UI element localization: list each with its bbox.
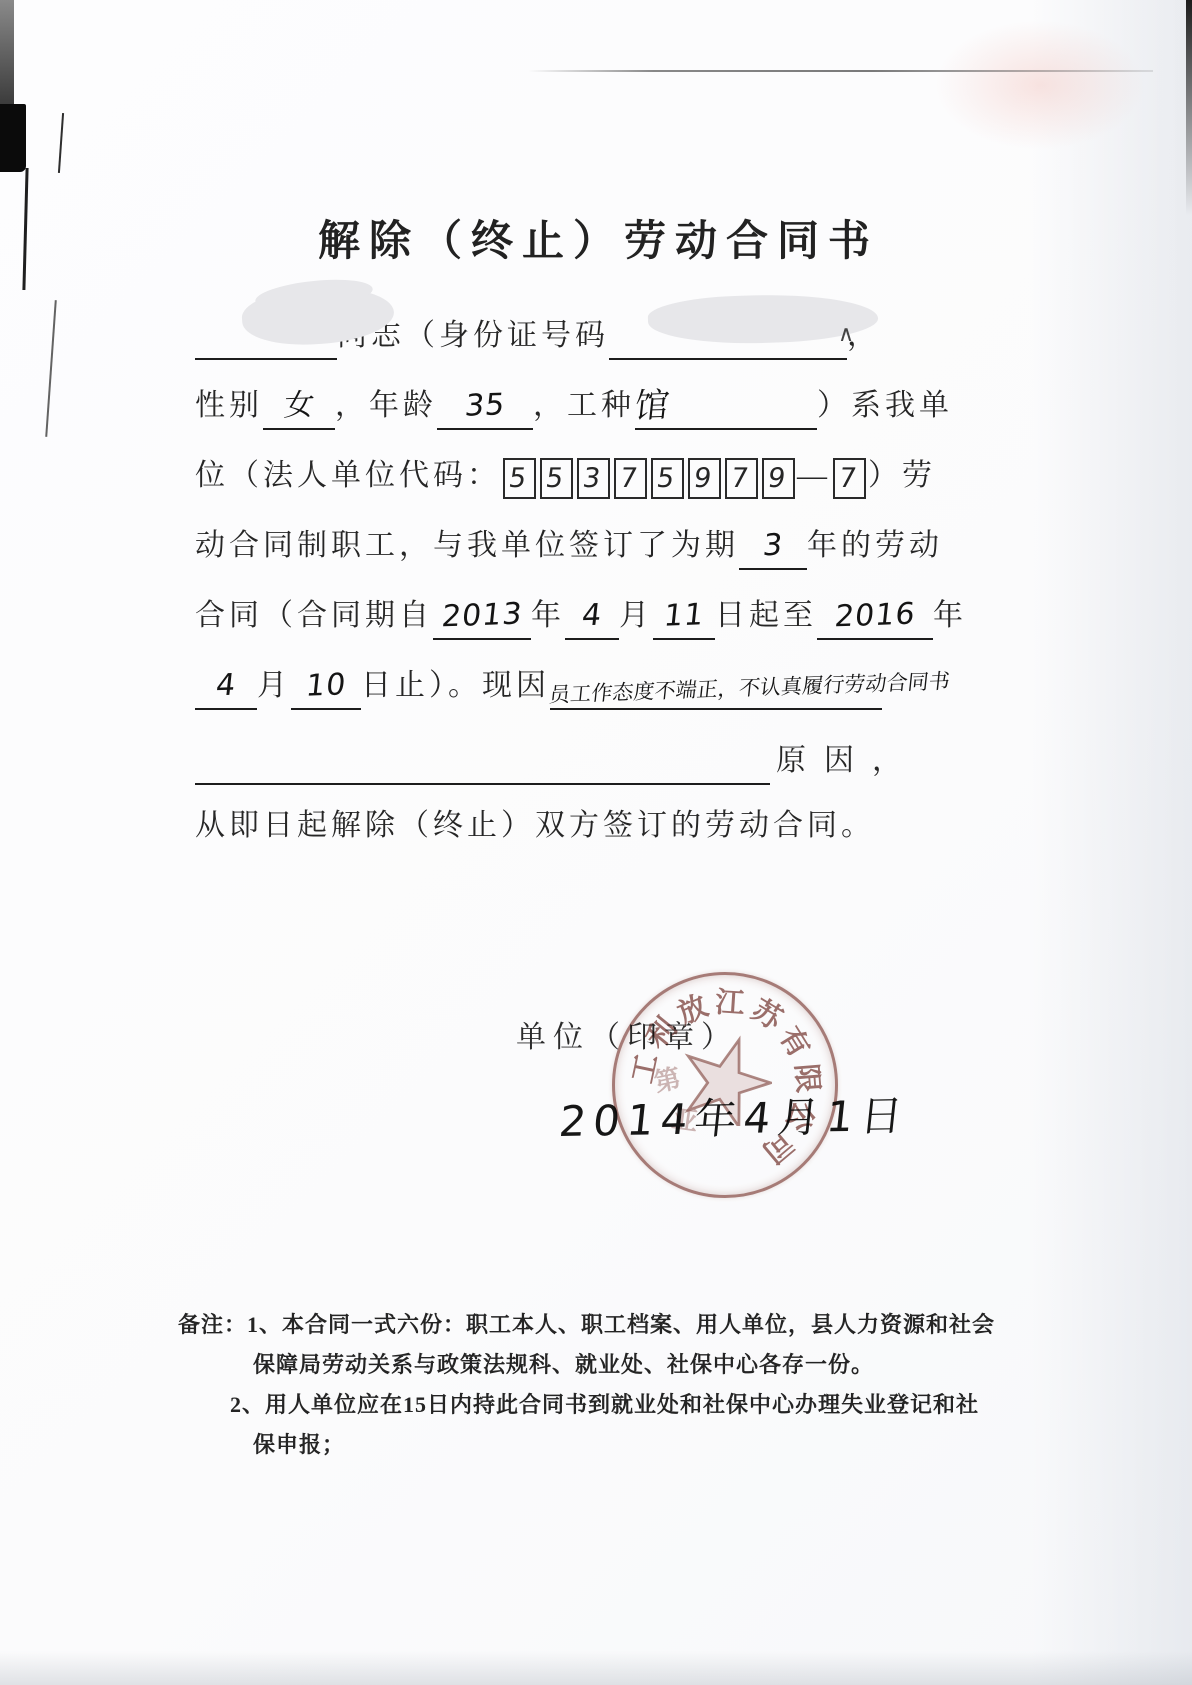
end-year-handwritten: 2016 (832, 593, 917, 640)
termination-statement: 从即日起解除（终止）双方签订的劳动合同。 (195, 809, 875, 842)
legal-code-digit-box: 7 (725, 458, 758, 499)
month-char: 月 (619, 599, 653, 632)
legal-code-digit-box: 5 (540, 458, 573, 499)
company-seal-stamp: 第亚 工利放江苏有限公司 (612, 972, 838, 1198)
gender-label: 性别 (195, 389, 263, 422)
reason-suffix: 原因， (776, 744, 920, 777)
seal-star-icon (680, 1034, 772, 1126)
start-day-handwritten: 11 (661, 593, 706, 638)
legal-code-digit-box: 9 (688, 458, 721, 499)
legal-code-digit-box: 5 (503, 458, 536, 499)
scan-black-mark-left (0, 104, 26, 172)
line6-mid-text: 日止）。现因 (361, 669, 550, 702)
reason-blank-empty (195, 739, 770, 785)
line4-pre-text: 动合同制职工，与我单位签订了为期 (195, 529, 739, 562)
comma: ， (533, 389, 567, 422)
year-char: 年 (933, 599, 967, 632)
end-year-blank: 2016 (817, 594, 933, 640)
line2-close: ）系我单 (817, 389, 953, 422)
contract-line-7: 原因， (195, 737, 920, 785)
age-handwritten: 35 (462, 383, 507, 428)
note-line-3: 2、用人单位应在15日内持此合同书到就业处和社保中心办理失业登记和社 (230, 1390, 979, 1420)
contract-line-5: 合同（合同期自2013年4月11日起至2016年 (195, 592, 967, 640)
legal-code-digit-box: 5 (651, 458, 684, 499)
job-label: 工种 (567, 389, 635, 422)
legal-code-digit-box: 7 (614, 458, 647, 499)
start-day-blank: 11 (653, 594, 715, 640)
contract-line-2: 性别女，年龄35，工种馆）系我单 (195, 382, 953, 430)
month-char: 月 (257, 669, 291, 702)
line4-post-text: 年的劳动 (807, 529, 943, 562)
legal-code-boxes: 55375979 (501, 459, 797, 492)
contract-line-8: 从即日起解除（终止）双方签订的劳动合同。 (195, 802, 875, 850)
seal-arc-char: 限 (787, 1062, 830, 1094)
term-years-handwritten: 3 (761, 524, 786, 569)
contract-line-4: 动合同制职工，与我单位签订了为期3年的劳动 (195, 522, 943, 570)
id-caret-mark: ∧ (838, 322, 854, 347)
document-title: 解除（终止）劳动合同书 (318, 208, 879, 268)
line5-pre-text: 合同（合同期自 (195, 599, 433, 632)
end-month-blank: 4 (195, 664, 257, 710)
scan-line-artifact (528, 70, 1153, 72)
legal-code-digit-box: 9 (762, 458, 795, 499)
line5-mid-text: 日起至 (715, 599, 817, 632)
line3-close: ）劳 (868, 459, 936, 492)
reason-blank: 员工作态度不端正，不认真履行劳动合同书 (550, 664, 882, 710)
scan-crease-line-2 (58, 113, 64, 173)
age-label: 年龄 (369, 389, 437, 422)
scan-shadow-bottom (0, 1651, 1192, 1685)
term-years-blank: 3 (739, 524, 807, 570)
reason-handwritten: 员工作态度不端正，不认真履行劳动合同书 (547, 659, 952, 717)
note-line-2: 保障局劳动关系与政策法规科、就业处、社保中心各存一份。 (253, 1350, 874, 1380)
start-month-blank: 4 (565, 594, 619, 640)
comma: ， (335, 389, 369, 422)
note-line-4: 保申报； (253, 1430, 345, 1460)
note-line-1: 备注：1、本合同一式六份：职工本人、职工档案、用人单位，县人力资源和社会 (178, 1310, 995, 1340)
scan-edge-right (1186, 0, 1192, 215)
check-digit-handwritten: 7 (836, 461, 862, 496)
code-dash: — (797, 452, 831, 500)
gender-blank: 女 (263, 384, 335, 430)
legal-code-label: 位（法人单位代码： (195, 459, 501, 492)
year-char: 年 (531, 599, 565, 632)
start-year-blank: 2013 (433, 594, 531, 640)
start-year-handwritten: 2013 (439, 593, 524, 640)
contract-line-3: 位（法人单位代码：55375979—7）劳 (195, 452, 936, 500)
scan-shadow-right (1032, 0, 1192, 1685)
contract-line-6: 4月10日止）。现因员工作态度不端正，不认真履行劳动合同书 (195, 662, 882, 710)
end-day-blank: 10 (291, 664, 361, 710)
start-month-handwritten: 4 (580, 594, 605, 639)
end-month-handwritten: 4 (214, 664, 239, 709)
legal-code-check-box: 7 (833, 458, 866, 499)
seal-arc-char: 江 (715, 980, 747, 1023)
end-day-handwritten: 10 (303, 663, 348, 708)
scan-crease-line-3 (45, 300, 57, 437)
job-handwritten: 馆 (633, 383, 673, 428)
gender-handwritten: 女 (281, 383, 317, 428)
scanned-contract-page: 解除（终止）劳动合同书 同志（身份证号码， ∧ 性别女，年龄35，工种馆）系我单… (0, 0, 1192, 1685)
job-blank: 馆 (635, 384, 817, 430)
scan-pink-smudge (935, 20, 1145, 150)
scan-crease-line-1 (22, 168, 28, 290)
age-blank: 35 (437, 384, 533, 430)
legal-code-digit-box: 3 (577, 458, 610, 499)
